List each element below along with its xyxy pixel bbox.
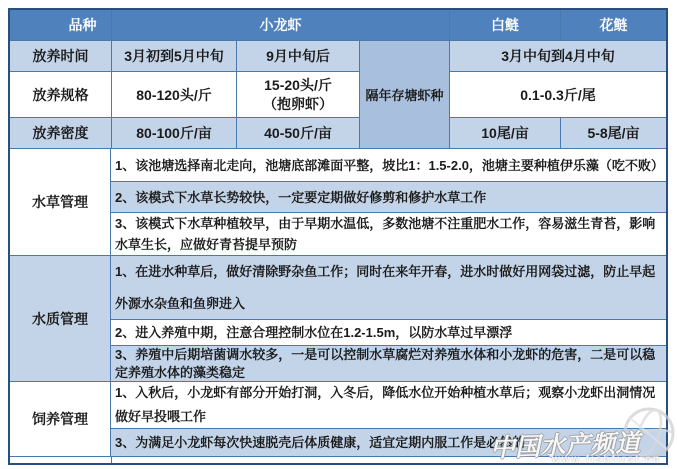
water-grass-label: 水草管理 [10,149,111,255]
stocking-density-bighead: 5-8尾/亩 [561,118,666,148]
stocking-time-label: 放养时间 [10,41,111,71]
water-quality-item-1: 1、在进水种草后，做好清除野杂鱼工作；同时在来年开春，进水时做好用网袋过滤，防止… [111,256,666,319]
header-variety: 品种 [10,10,111,40]
stocking-density-crayfish-autumn: 40-50斤/亩 [237,118,359,148]
stocking-density-silver: 10尾/亩 [450,118,560,148]
stocking-size-label: 放养规格 [10,72,111,117]
feeding-item-1: 1、入秋后，小龙虾有部分开始打洞，入冬后，降低水位开始种植水草后；观察小龙虾出洞… [111,382,666,428]
section-water-grass: 水草管理 1、该池塘选择南北走向，池塘底部滩面平整，坡比1：1.5-2.0，池塘… [10,148,666,255]
size-autumn-line2: （抱卵虾） [263,95,333,114]
feeding-item-2: 3、为满足小龙虾每次快速脱壳后体质健康，适宜定期内服工作是必然的 [111,428,666,456]
header-crayfish: 小龙虾 [112,10,449,40]
feeding-label: 饲养管理 [10,382,111,456]
section-water-quality: 水质管理 1、在进水种草后，做好清除野杂鱼工作；同时在来年开春，进水时做好用网袋… [10,255,666,381]
stocking-time-carp: 3月中旬到4月中旬 [450,41,666,71]
header-silver-carp: 白鲢 [450,10,560,40]
cutoff-row-label-stub [10,457,112,463]
aquaculture-table: 品种 小龙虾 白鲢 花鲢 放养时间 3月初到5月中旬 9月中旬后 隔年存塘虾种 … [8,8,668,465]
stocking-size-carp: 0.1-0.3斤/尾 [450,72,666,117]
water-quality-item-2: 2、进入养殖中期，注意合理控制水位在1.2-1.5m，以防水草过早漂浮 [111,319,666,345]
stocking-grid: 品种 小龙虾 白鲢 花鲢 放养时间 3月初到5月中旬 9月中旬后 隔年存塘虾种 … [10,10,666,148]
stocking-size-crayfish-spring: 80-120头/斤 [112,72,236,117]
pond-stock-merged-cell: 隔年存塘虾种 [360,41,449,148]
section-feeding: 饲养管理 1、入秋后，小龙虾有部分开始打洞，入冬后，降低水位开始种植水草后；观察… [10,381,666,456]
stocking-density-label: 放养密度 [10,118,111,148]
stocking-density-crayfish-spring: 80-100斤/亩 [112,118,236,148]
water-quality-item-3: 3、养殖中后期培菌调水较多，一是可以控制水草腐烂对养殖水体和小龙虾的危害，二是可… [111,345,666,381]
header-bighead-carp: 花鲢 [561,10,666,40]
water-grass-item-2: 2、该模式下水草长势较快，一定要定期做好修剪和修护水草工作 [111,181,666,212]
water-grass-item-3: 3、该模式下水草种植较早，由于早期水温低，多数池塘不注重肥水工作，容易滋生青苔，… [111,212,666,255]
stocking-size-crayfish-autumn: 15-20头/斤 （抱卵虾） [237,72,359,117]
stocking-time-crayfish-autumn: 9月中旬后 [237,41,359,71]
water-quality-label: 水质管理 [10,256,111,381]
stocking-time-crayfish-spring: 3月初到5月中旬 [112,41,236,71]
cutoff-row [10,456,666,463]
water-grass-item-1: 1、该池塘选择南北走向，池塘底部滩面平整，坡比1：1.5-2.0，池塘主要种植伊… [111,149,666,181]
size-autumn-line1: 15-20头/斤 [264,76,332,95]
